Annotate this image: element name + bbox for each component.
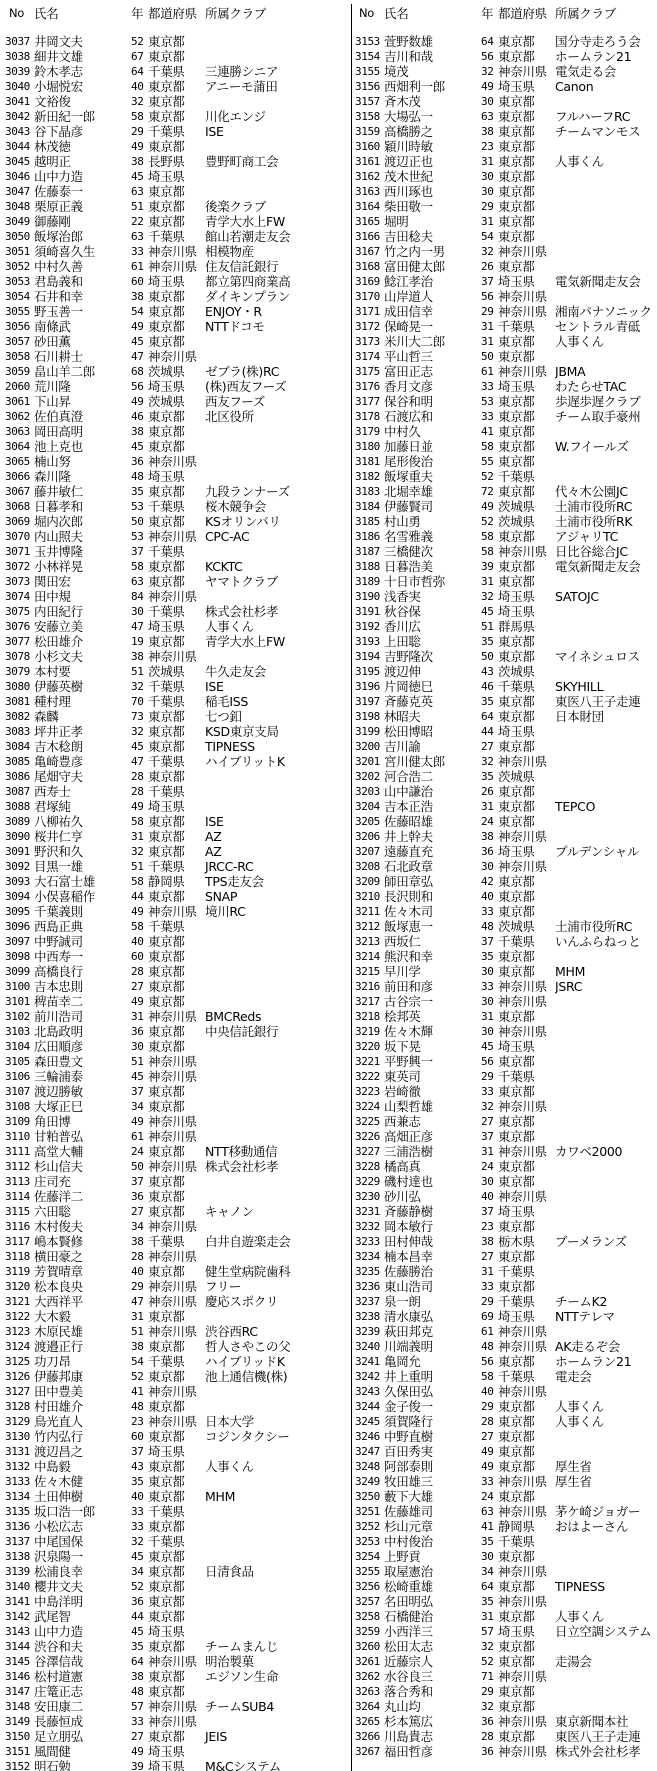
- cell-name: 畠山羊二郎: [34, 364, 129, 379]
- table-row: 3173米川大二郎31東京都人事くん: [353, 334, 657, 349]
- cell-club: エジソン生命: [205, 1669, 345, 1684]
- cell-no: 3179: [355, 424, 383, 439]
- cell-prefecture: 東京都: [498, 574, 554, 589]
- cell-age: 30: [131, 1039, 147, 1054]
- cell-no: 3190: [355, 589, 383, 604]
- cell-no: 3258: [355, 1609, 383, 1624]
- table-row: 3200吉川諭27東京都: [353, 739, 657, 754]
- cell-club: TIPNESS: [555, 1579, 657, 1594]
- table-row: 3132中島毅43東京都人事くん: [0, 1459, 350, 1474]
- cell-no: 3123: [5, 1324, 33, 1339]
- table-row: 3256松崎重雄64東京都TIPNESS: [353, 1579, 657, 1594]
- cell-prefecture: 神奈川県: [148, 1159, 204, 1174]
- table-row: 3115六田聡27東京都キャノン: [0, 1204, 350, 1219]
- cell-prefecture: 東京都: [498, 1279, 554, 1294]
- table-row: 3112杉山信夫50神奈川県株式会社杉孝: [0, 1159, 350, 1174]
- table-row: 3211佐々木司33東京都: [353, 904, 657, 919]
- table-row: 3088君塚純49埼玉県: [0, 799, 350, 814]
- cell-prefecture: 東京都: [148, 1084, 204, 1099]
- cell-prefecture: 東京都: [148, 979, 204, 994]
- table-row: 3091野沢和久32東京都AZ: [0, 844, 350, 859]
- table-row: 3182飯塚重夫52千葉県: [353, 469, 657, 484]
- cell-prefecture: 神奈川県: [148, 1654, 204, 1669]
- table-row: 3099高橋良行28東京都: [0, 964, 350, 979]
- table-row: 3267福田哲彦36神奈川県株式外会社杉孝: [353, 1744, 657, 1759]
- table-row: 3139松浦良幸34東京都日清食品: [0, 1564, 350, 1579]
- cell-age: 60: [131, 949, 147, 964]
- cell-age: 38: [131, 649, 147, 664]
- table-row: 3225西兼志27東京都: [353, 1114, 657, 1129]
- cell-name: 西畑利一郎: [384, 79, 479, 94]
- cell-age: 30: [481, 964, 497, 979]
- table-row: 3054石井和幸38東京都ダイキンプラン: [0, 289, 350, 304]
- table-row: 3185村山勇52茨城県土浦市役所RK: [353, 514, 657, 529]
- cell-no: 3096: [5, 919, 33, 934]
- left-table: No 氏名 年 都道府県 所属クラブ 3037井岡文夫52東京都3038細井文雄…: [0, 0, 350, 1771]
- table-row: 3047佐藤泰一63東京都: [0, 184, 350, 199]
- cell-age: 58: [131, 814, 147, 829]
- cell-club: KSオリンパリ: [205, 514, 345, 529]
- cell-name: 石北政章: [384, 859, 479, 874]
- cell-name: 森川隆: [34, 469, 129, 484]
- cell-prefecture: 東京都: [498, 634, 554, 649]
- cell-prefecture: 千葉県: [498, 319, 554, 334]
- cell-no: 3040: [5, 79, 33, 94]
- table-row: 3129鳥光直人23神奈川県日本大学: [0, 1414, 350, 1429]
- cell-prefecture: 東京都: [498, 739, 554, 754]
- table-row: 3192香川広51群馬県: [353, 619, 657, 634]
- cell-prefecture: 東京都: [498, 559, 554, 574]
- cell-prefecture: 神奈川県: [498, 364, 554, 379]
- cell-no: 3264: [355, 1699, 383, 1714]
- table-row: 3116木村俊夫34神奈川県: [0, 1219, 350, 1234]
- table-row: 3187三橋健次58神奈川県日比谷総合JC: [353, 544, 657, 559]
- cell-no: 3104: [5, 1039, 33, 1054]
- cell-prefecture: 東京都: [148, 1189, 204, 1204]
- table-row: 3165堀明31東京都: [353, 214, 657, 229]
- cell-no: 3130: [5, 1429, 33, 1444]
- cell-prefecture: 東京都: [148, 1369, 204, 1384]
- cell-no: 3039: [5, 64, 33, 79]
- cell-no: 3216: [355, 979, 383, 994]
- cell-club: NTTテレマ: [555, 1309, 657, 1324]
- cell-age: 51: [131, 859, 147, 874]
- cell-age: 29: [131, 1279, 147, 1294]
- cell-prefecture: 神奈川県: [498, 1594, 554, 1609]
- cell-prefecture: 東京都: [498, 949, 554, 964]
- cell-name: 中島洋明: [34, 1594, 129, 1609]
- cell-prefecture: 東京都: [148, 1594, 204, 1609]
- cell-club: BMCReds: [205, 1009, 345, 1024]
- cell-name: 谷澤信哉: [34, 1654, 129, 1669]
- cell-prefecture: 神奈川県: [148, 1324, 204, 1339]
- cell-name: 西川琢也: [384, 184, 479, 199]
- table-row: 3176香月文彦33埼玉県わたらせTAC: [353, 379, 657, 394]
- cell-prefecture: 千葉県: [148, 499, 204, 514]
- cell-no: 3259: [355, 1624, 383, 1639]
- cell-name: 斉藤克英: [384, 694, 479, 709]
- table-header: No 氏名 年 都道府県 所属クラブ: [353, 5, 657, 22]
- cell-no: 3254: [355, 1549, 383, 1564]
- cell-age: 33: [481, 379, 497, 394]
- cell-name: 大塚正巳: [34, 1099, 129, 1114]
- table-row: 3179中村久41東京都: [353, 424, 657, 439]
- cell-no: 3155: [355, 64, 383, 79]
- cell-club: 稲毛ISS: [205, 694, 345, 709]
- cell-name: 井上幹夫: [384, 829, 479, 844]
- cell-no: 3231: [355, 1204, 383, 1219]
- cell-no: 3050: [5, 229, 33, 244]
- cell-no: 3246: [355, 1429, 383, 1444]
- cell-age: 27: [481, 739, 497, 754]
- cell-age: 49: [131, 319, 147, 334]
- cell-age: 58: [131, 919, 147, 934]
- cell-club: NTTドコモ: [205, 319, 345, 334]
- cell-name: 松村道憲: [34, 1669, 129, 1684]
- cell-age: 27: [131, 1729, 147, 1744]
- cell-age: 67: [131, 49, 147, 64]
- cell-prefecture: 東京都: [498, 784, 554, 799]
- cell-no: 3049: [5, 214, 33, 229]
- cell-age: 46: [131, 409, 147, 424]
- cell-no: 3079: [5, 664, 33, 679]
- table-row: 3157斉木茂30東京都: [353, 94, 657, 109]
- cell-no: 3228: [355, 1159, 383, 1174]
- cell-club: ホームラン21: [555, 1354, 657, 1369]
- cell-club: わたらせTAC: [555, 379, 657, 394]
- cell-no: 3053: [5, 274, 33, 289]
- cell-age: 23: [481, 139, 497, 154]
- table-row: 3111高堂大輔24東京都NTT移動通信: [0, 1144, 350, 1159]
- cell-prefecture: 神奈川県: [148, 1219, 204, 1234]
- cell-age: 31: [481, 319, 497, 334]
- cell-club: TIPNESS: [205, 739, 345, 754]
- cell-name: 上田聡: [384, 634, 479, 649]
- table-row: 3205佐藤昭雄24東京都: [353, 814, 657, 829]
- cell-club: 人事くん: [555, 1399, 657, 1414]
- cell-no: 2060: [5, 379, 33, 394]
- cell-prefecture: 東京都: [148, 214, 204, 229]
- table-row: 3195渡辺伸43茨城県: [353, 664, 657, 679]
- table-row: 3252杉山元章41静岡県おはよーさん: [353, 1519, 657, 1534]
- cell-age: 43: [481, 664, 497, 679]
- cell-prefecture: 東京都: [148, 1669, 204, 1684]
- cell-name: 松崎重雄: [384, 1579, 479, 1594]
- cell-no: 3058: [5, 349, 33, 364]
- table-row: 3147庄篭正志48東京都: [0, 1684, 350, 1699]
- table-row: 3257名田明弘35神奈川県: [353, 1594, 657, 1609]
- cell-age: 56: [131, 379, 147, 394]
- cell-name: 森田豊文: [34, 1054, 129, 1069]
- cell-name: 北島政明: [34, 1024, 129, 1039]
- cell-name: 岡田高明: [34, 424, 129, 439]
- cell-prefecture: 神奈川県: [498, 1714, 554, 1729]
- cell-no: 3154: [355, 49, 383, 64]
- cell-prefecture: 東京都: [498, 964, 554, 979]
- cell-age: 37: [131, 1084, 147, 1099]
- cell-no: 3145: [5, 1654, 33, 1669]
- cell-no: 3265: [355, 1714, 383, 1729]
- cell-prefecture: 千葉県: [148, 64, 204, 79]
- header-no: No: [9, 5, 37, 22]
- cell-no: 3193: [355, 634, 383, 649]
- cell-prefecture: 東京都: [498, 1444, 554, 1459]
- cell-club: ブーメランズ: [555, 1234, 657, 1249]
- cell-no: 3267: [355, 1744, 383, 1759]
- cell-age: 27: [481, 1429, 497, 1444]
- cell-name: 小俣喜稲作: [34, 889, 129, 904]
- table-row: 3171成田信幸29神奈川県湘南パナソニック: [353, 304, 657, 319]
- table-row: 3219佐々木輝30神奈川県: [353, 1024, 657, 1039]
- cell-age: 45: [131, 1624, 147, 1639]
- cell-age: 44: [131, 1609, 147, 1624]
- table-row: 3172保崎晃一31千葉県セントラル青砥: [353, 319, 657, 334]
- table-row: 3063岡田高明38東京都: [0, 424, 350, 439]
- table-row: 3239萩田邦克61神奈川県: [353, 1324, 657, 1339]
- cell-age: 72: [481, 484, 497, 499]
- cell-no: 3071: [5, 544, 33, 559]
- cell-name: 小松広志: [34, 1519, 129, 1534]
- cell-age: 27: [481, 1114, 497, 1129]
- cell-prefecture: 神奈川県: [498, 1504, 554, 1519]
- table-row: 3085亀崎豊彦47千葉県ハイブリットK: [0, 754, 350, 769]
- cell-age: 30: [481, 184, 497, 199]
- table-row: 3209師田章弘42東京都: [353, 874, 657, 889]
- cell-name: 名田明弘: [384, 1594, 479, 1609]
- cell-no: 3212: [355, 919, 383, 934]
- cell-prefecture: 東京都: [498, 1459, 554, 1474]
- cell-age: 64: [481, 1579, 497, 1594]
- cell-age: 31: [131, 829, 147, 844]
- cell-name: 田中豊美: [34, 1384, 129, 1399]
- cell-age: 54: [131, 304, 147, 319]
- cell-name: 安田康二: [34, 1699, 129, 1714]
- cell-no: 3080: [5, 679, 33, 694]
- cell-prefecture: 東京都: [498, 139, 554, 154]
- cell-age: 22: [131, 214, 147, 229]
- cell-club: ダイキンプラン: [205, 289, 345, 304]
- cell-club: AZ: [205, 844, 345, 859]
- cell-club: SKYHILL: [555, 679, 657, 694]
- cell-name: 高堂大輔: [34, 1144, 129, 1159]
- cell-age: 34: [481, 1564, 497, 1579]
- cell-no: 3098: [5, 949, 33, 964]
- table-row: 3212飯塚恵一48茨城県土浦市役所RC: [353, 919, 657, 934]
- cell-age: 49: [131, 1114, 147, 1129]
- cell-age: 32: [481, 64, 497, 79]
- cell-no: 3070: [5, 529, 33, 544]
- cell-age: 63: [131, 184, 147, 199]
- table-row: 3168富田健太郎26東京都: [353, 259, 657, 274]
- cell-no: 3257: [355, 1594, 383, 1609]
- table-row: 3184伊藤賢司49茨城県土浦市役所RC: [353, 499, 657, 514]
- cell-name: 田中規: [34, 589, 129, 604]
- cell-no: 3066: [5, 469, 33, 484]
- cell-name: 富田正志: [384, 364, 479, 379]
- cell-prefecture: 神奈川県: [148, 1699, 204, 1714]
- cell-prefecture: 千葉県: [498, 469, 554, 484]
- cell-age: 61: [481, 1324, 497, 1339]
- cell-name: 下山昇: [34, 394, 129, 409]
- cell-age: 63: [481, 1504, 497, 1519]
- cell-age: 45: [131, 169, 147, 184]
- cell-no: 3147: [5, 1684, 33, 1699]
- table-row: 3062佐伯真澄46東京都北区役所: [0, 409, 350, 424]
- cell-age: 38: [131, 1339, 147, 1354]
- table-row: 3094小俣喜稲作44東京都SNAP: [0, 889, 350, 904]
- cell-prefecture: 東京都: [498, 694, 554, 709]
- cell-age: 48: [131, 1399, 147, 1414]
- cell-no: 3188: [355, 559, 383, 574]
- cell-age: 32: [131, 679, 147, 694]
- cell-club: 館山若潮走友会: [205, 229, 345, 244]
- cell-name: 君島義和: [34, 274, 129, 289]
- cell-name: 橘高真: [384, 1159, 479, 1174]
- cell-age: 32: [131, 94, 147, 109]
- cell-age: 36: [481, 1744, 497, 1759]
- cell-name: 三浦浩樹: [384, 1144, 479, 1159]
- cell-name: 松本良央: [34, 1279, 129, 1294]
- cell-no: 3171: [355, 304, 383, 319]
- cell-prefecture: 静岡県: [148, 874, 204, 889]
- cell-no: 3132: [5, 1459, 33, 1474]
- cell-prefecture: 神奈川県: [498, 979, 554, 994]
- cell-name: 境茂: [384, 64, 479, 79]
- cell-no: 3069: [5, 514, 33, 529]
- table-row: 3113庄司充37東京都: [0, 1174, 350, 1189]
- cell-name: 渡辺勝敏: [34, 1084, 129, 1099]
- cell-age: 51: [481, 619, 497, 634]
- cell-age: 34: [131, 1564, 147, 1579]
- table-row: 3134土田伸樹40東京都MHM: [0, 1489, 350, 1504]
- cell-name: 清水康弘: [384, 1309, 479, 1324]
- table-row: 3065楠山努36神奈川県: [0, 454, 350, 469]
- cell-age: 24: [131, 1144, 147, 1159]
- cell-no: 3185: [355, 514, 383, 529]
- table-row: 3216前田和彦33神奈川県JSRC: [353, 979, 657, 994]
- cell-name: 佐藤泰一: [34, 184, 129, 199]
- table-row: 3251佐藤雄司63神奈川県茅ケ崎ジョガー: [353, 1504, 657, 1519]
- cell-prefecture: 東京都: [498, 1639, 554, 1654]
- cell-club: 健生堂病院歯科: [205, 1264, 345, 1279]
- cell-name: 楠本昌幸: [384, 1249, 479, 1264]
- cell-name: 渡辺正也: [384, 154, 479, 169]
- table-row: 3175富田正志61神奈川県JBMA: [353, 364, 657, 379]
- cell-age: 26: [481, 259, 497, 274]
- table-row: 3153萱野数雄64東京都国分寺走ろう会: [353, 34, 657, 49]
- cell-name: 須賀隆行: [384, 1414, 479, 1429]
- cell-prefecture: 東京都: [148, 49, 204, 64]
- cell-age: 70: [131, 694, 147, 709]
- cell-club: 走湯会: [555, 1654, 657, 1669]
- cell-age: 33: [481, 1084, 497, 1099]
- cell-name: 坂下晃: [384, 1039, 479, 1054]
- cell-no: 3184: [355, 499, 383, 514]
- cell-no: 3109: [5, 1114, 33, 1129]
- cell-no: 3191: [355, 604, 383, 619]
- cell-age: 56: [481, 1054, 497, 1069]
- cell-prefecture: 神奈川県: [148, 1114, 204, 1129]
- cell-club: 人事くん: [555, 1609, 657, 1624]
- table-row: 3102前川浩司31神奈川県BMCReds: [0, 1009, 350, 1024]
- table-row: 3199松田博昭44埼玉県: [353, 724, 657, 739]
- cell-no: 3211: [355, 904, 383, 919]
- cell-prefecture: 神奈川県: [498, 1564, 554, 1579]
- table-row: 3196片岡徳巳46千葉県SKYHILL: [353, 679, 657, 694]
- cell-name: 石渡広和: [384, 409, 479, 424]
- cell-age: 54: [481, 229, 497, 244]
- cell-name: 水谷良三: [384, 1669, 479, 1684]
- cell-prefecture: 東京都: [498, 1084, 554, 1099]
- cell-age: 49: [481, 1459, 497, 1474]
- table-row: 3074田中規84神奈川県: [0, 589, 350, 604]
- header-prefecture: 都道府県: [148, 5, 204, 22]
- table-row: 3110甘粕普弘61神奈川県: [0, 1129, 350, 1144]
- table-row: 3151風間健49埼玉県: [0, 1744, 350, 1759]
- cell-age: 49: [131, 799, 147, 814]
- table-row: 3159高橋勝之38東京都チームマンモス: [353, 124, 657, 139]
- cell-age: 37: [481, 274, 497, 289]
- cell-no: 3116: [5, 1219, 33, 1234]
- cell-prefecture: 東京都: [148, 1429, 204, 1444]
- cell-no: 3084: [5, 739, 33, 754]
- cell-no: 3055: [5, 304, 33, 319]
- table-row: 3233田村伸哉38栃木県ブーメランズ: [353, 1234, 657, 1249]
- cell-age: 47: [131, 619, 147, 634]
- cell-club: 電気走る会: [555, 64, 657, 79]
- cell-prefecture: 茨城県: [148, 364, 204, 379]
- cell-no: 3108: [5, 1099, 33, 1114]
- table-row: 3104広田順彦30東京都: [0, 1039, 350, 1054]
- cell-age: 52: [131, 34, 147, 49]
- cell-prefecture: 東京都: [148, 139, 204, 154]
- cell-no: 3087: [5, 784, 33, 799]
- table-row: 3248阿部泰則49東京都厚生省: [353, 1459, 657, 1474]
- cell-no: 3110: [5, 1129, 33, 1144]
- table-row: 3135坂口浩一郎33千葉県: [0, 1504, 350, 1519]
- cell-no: 3150: [5, 1729, 33, 1744]
- cell-club: 九段ランナーズ: [205, 484, 345, 499]
- cell-prefecture: 東京都: [498, 889, 554, 904]
- cell-club: ISE: [205, 124, 345, 139]
- table-row: 3227三浦浩樹31神奈川県カワベ2000: [353, 1144, 657, 1159]
- cell-age: 37: [481, 1129, 497, 1144]
- cell-club: マイネシュロス: [555, 649, 657, 664]
- cell-age: 33: [481, 904, 497, 919]
- cell-prefecture: 東京都: [148, 1144, 204, 1159]
- table-row: 3189十日市哲弥31東京都: [353, 574, 657, 589]
- cell-name: 日暮孝和: [34, 499, 129, 514]
- table-row: 3155境茂32神奈川県電気走る会: [353, 64, 657, 79]
- table-row: 3100吉本忠則27東京都: [0, 979, 350, 994]
- cell-no: 3083: [5, 724, 33, 739]
- cell-age: 49: [481, 499, 497, 514]
- cell-no: 3105: [5, 1054, 33, 1069]
- cell-name: 南條武: [34, 319, 129, 334]
- cell-prefecture: 東京都: [498, 814, 554, 829]
- cell-name: 山梨哲雄: [384, 1099, 479, 1114]
- cell-club: 株式外会社杉孝: [555, 1744, 657, 1759]
- cell-club: MHM: [555, 964, 657, 979]
- cell-age: 34: [131, 1099, 147, 1114]
- cell-age: 28: [131, 769, 147, 784]
- cell-name: 香月文彦: [384, 379, 479, 394]
- cell-club: 人事くん: [555, 154, 657, 169]
- cell-prefecture: 東京都: [148, 514, 204, 529]
- table-row: 3126伊藤邦康52東京都池上通信機(株): [0, 1369, 350, 1384]
- cell-prefecture: 埼玉県: [498, 604, 554, 619]
- cell-age: 38: [131, 289, 147, 304]
